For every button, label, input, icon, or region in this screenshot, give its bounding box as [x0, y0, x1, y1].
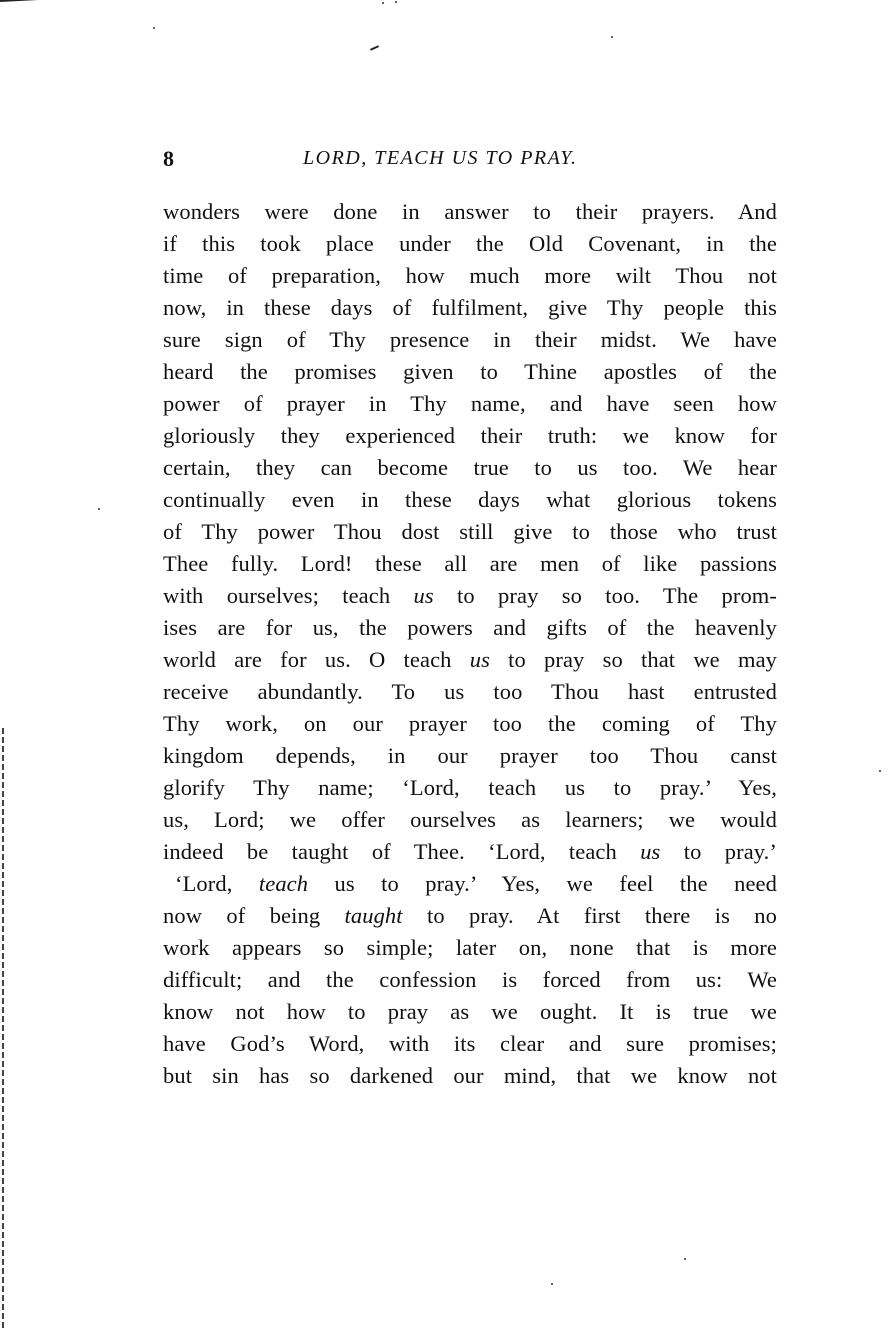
- scan-artifact-dash: [370, 45, 379, 51]
- scan-speck: [395, 1, 397, 3]
- text-line: of Thy power Thou dost still give to tho…: [163, 516, 777, 548]
- text-line: receive abundantly. To us too Thou hast …: [163, 676, 777, 708]
- text-segment: continually even in these days what glor…: [163, 487, 777, 512]
- text-segment: us to pray.’ Yes, we feel the need: [308, 871, 777, 896]
- scan-artifact-gutter-line: [2, 728, 4, 1328]
- text-line: ises are for us, the powers and gifts of…: [163, 612, 777, 644]
- text-segment: sure sign of Thy presence in their midst…: [163, 327, 777, 352]
- text-segment: heard the promises given to Thine apostl…: [163, 359, 777, 384]
- text-line: have God’s Word, with its clear and sure…: [163, 1028, 777, 1060]
- scan-speck: [551, 1283, 553, 1285]
- text-segment: world are for us. O teach: [163, 647, 470, 672]
- italic-emphasis: teach: [259, 871, 308, 896]
- book-page: 8 LORD, TEACH US TO PRAY. wonders were d…: [0, 0, 893, 1330]
- text-segment: ises are for us, the powers and gifts of…: [163, 615, 777, 640]
- text-line: time of preparation, how much more wilt …: [163, 260, 777, 292]
- text-segment: have God’s Word, with its clear and sure…: [163, 1031, 777, 1056]
- text-segment: know not how to pray as we ought. It is …: [163, 999, 777, 1024]
- text-line: sure sign of Thy presence in their midst…: [163, 324, 777, 356]
- body-text: wonders were done in answer to their pra…: [163, 196, 777, 1092]
- text-segment: kingdom depends, in our prayer too Thou …: [163, 743, 777, 768]
- text-segment: power of prayer in Thy name, and have se…: [163, 391, 777, 416]
- text-line: wonders were done in answer to their pra…: [163, 196, 777, 228]
- text-segment: work appears so simple; later on, none t…: [163, 935, 777, 960]
- running-title: LORD, TEACH US TO PRAY.: [303, 147, 578, 170]
- text-segment: now of being: [163, 903, 345, 928]
- text-line: world are for us. O teach us to pray so …: [163, 644, 777, 676]
- text-segment: Thee fully. Lord! these all are men of l…: [163, 551, 777, 576]
- text-line: gloriously they experienced their truth:…: [163, 420, 777, 452]
- text-line: glorify Thy name; ‘Lord, teach us to pra…: [163, 772, 777, 804]
- text-line: indeed be taught of Thee. ‘Lord, teach u…: [163, 836, 777, 868]
- text-segment: certain, they can become true to us too.…: [163, 455, 777, 480]
- text-line: Thy work, on our prayer too the coming o…: [163, 708, 777, 740]
- italic-emphasis: us: [640, 839, 660, 864]
- text-segment: if this took place under the Old Covenan…: [163, 231, 777, 256]
- scan-artifact-top-mark: [0, 0, 48, 6]
- text-segment: to pray.’: [660, 839, 777, 864]
- text-line: continually even in these days what glor…: [163, 484, 777, 516]
- text-line: now, in these days of fulfilment, give T…: [163, 292, 777, 324]
- text-line: now of being taught to pray. At first th…: [163, 900, 777, 932]
- italic-emphasis: us: [414, 583, 434, 608]
- scan-speck: [98, 508, 100, 510]
- text-line: ‘Lord, teach us to pray.’ Yes, we feel t…: [163, 868, 777, 900]
- text-segment: gloriously they experienced their truth:…: [163, 423, 777, 448]
- scan-speck: [611, 36, 613, 38]
- text-segment: to pray so that we may: [490, 647, 777, 672]
- page-number: 8: [163, 146, 174, 172]
- scan-speck: [382, 2, 384, 4]
- scan-speck: [153, 27, 155, 29]
- text-segment: difficult; and the confession is forced …: [163, 967, 777, 992]
- text-line: know not how to pray as we ought. It is …: [163, 996, 777, 1028]
- scan-speck: [879, 770, 881, 772]
- text-line: with ourselves; teach us to pray so too.…: [163, 580, 777, 612]
- text-segment: Thy work, on our prayer too the coming o…: [163, 711, 777, 736]
- text-segment: receive abundantly. To us too Thou hast …: [163, 679, 777, 704]
- text-segment: but sin has so darkened our mind, that w…: [163, 1063, 777, 1088]
- running-head: 8 LORD, TEACH US TO PRAY.: [163, 146, 783, 176]
- text-line: power of prayer in Thy name, and have se…: [163, 388, 777, 420]
- text-line: certain, they can become true to us too.…: [163, 452, 777, 484]
- text-line: but sin has so darkened our mind, that w…: [163, 1060, 777, 1092]
- text-segment: glorify Thy name; ‘Lord, teach us to pra…: [163, 775, 777, 800]
- text-segment: of Thy power Thou dost still give to tho…: [163, 519, 777, 544]
- text-line: difficult; and the confession is forced …: [163, 964, 777, 996]
- text-line: work appears so simple; later on, none t…: [163, 932, 777, 964]
- italic-emphasis: taught: [345, 903, 403, 928]
- text-segment: wonders were done in answer to their pra…: [163, 199, 777, 224]
- text-segment: indeed be taught of Thee. ‘Lord, teach: [163, 839, 640, 864]
- italic-emphasis: us: [470, 647, 490, 672]
- text-segment: time of preparation, how much more wilt …: [163, 263, 777, 288]
- text-line: heard the promises given to Thine apostl…: [163, 356, 777, 388]
- text-segment: to pray so too. The prom-: [434, 583, 777, 608]
- text-segment: now, in these days of fulfilment, give T…: [163, 295, 777, 320]
- text-segment: to pray. At first there is no: [403, 903, 777, 928]
- text-segment: ‘Lord,: [175, 871, 259, 896]
- text-line: Thee fully. Lord! these all are men of l…: [163, 548, 777, 580]
- scan-speck: [684, 1258, 686, 1260]
- text-segment: us, Lord; we offer ourselves as learners…: [163, 807, 777, 832]
- text-line: us, Lord; we offer ourselves as learners…: [163, 804, 777, 836]
- text-line: kingdom depends, in our prayer too Thou …: [163, 740, 777, 772]
- text-segment: with ourselves; teach: [163, 583, 414, 608]
- text-line: if this took place under the Old Covenan…: [163, 228, 777, 260]
